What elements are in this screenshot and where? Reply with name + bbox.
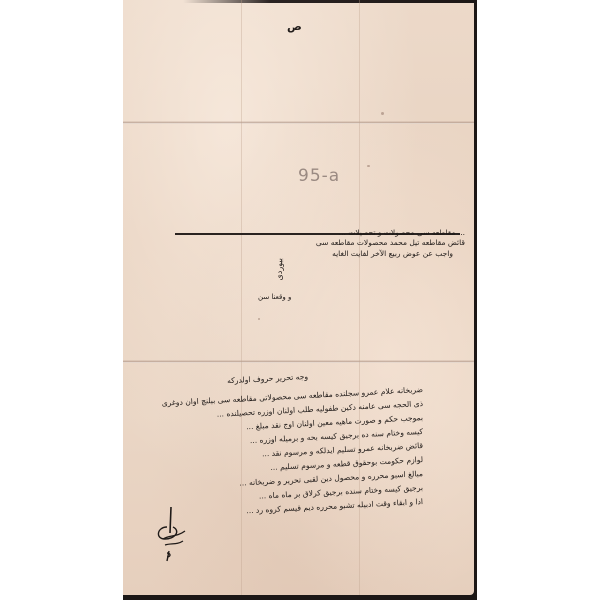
fold-line-lower (123, 360, 474, 363)
upper-line: ... مقاطعه سی محصولات و تحصیلات ... (339, 228, 465, 237)
fold-line-upper (123, 121, 474, 124)
upper-line: قائض مقاطعه تیل محمد محصولات مقاطعه سی (316, 238, 465, 247)
ink-spot (258, 318, 260, 320)
pencil-annotation: 95-a (298, 166, 340, 186)
ink-spot (381, 112, 384, 115)
page-mark: ص (287, 20, 302, 33)
signature-mark (153, 505, 193, 570)
manuscript-page: ص 95-a ... مقاطعه سی محصولات و تحصیلات .… (123, 0, 474, 595)
paper-top-edge-shadow (183, 0, 474, 3)
ink-spot (367, 165, 370, 167)
marginal-sub-note: و وقعنا سن (258, 293, 291, 301)
body-line: وجه تحریر حروف اولدرکه (227, 372, 308, 385)
upper-line: واجب عن عوض ربیع الآخر لفایت الغایه (332, 249, 453, 258)
marginal-note: بیوردی (275, 258, 284, 280)
